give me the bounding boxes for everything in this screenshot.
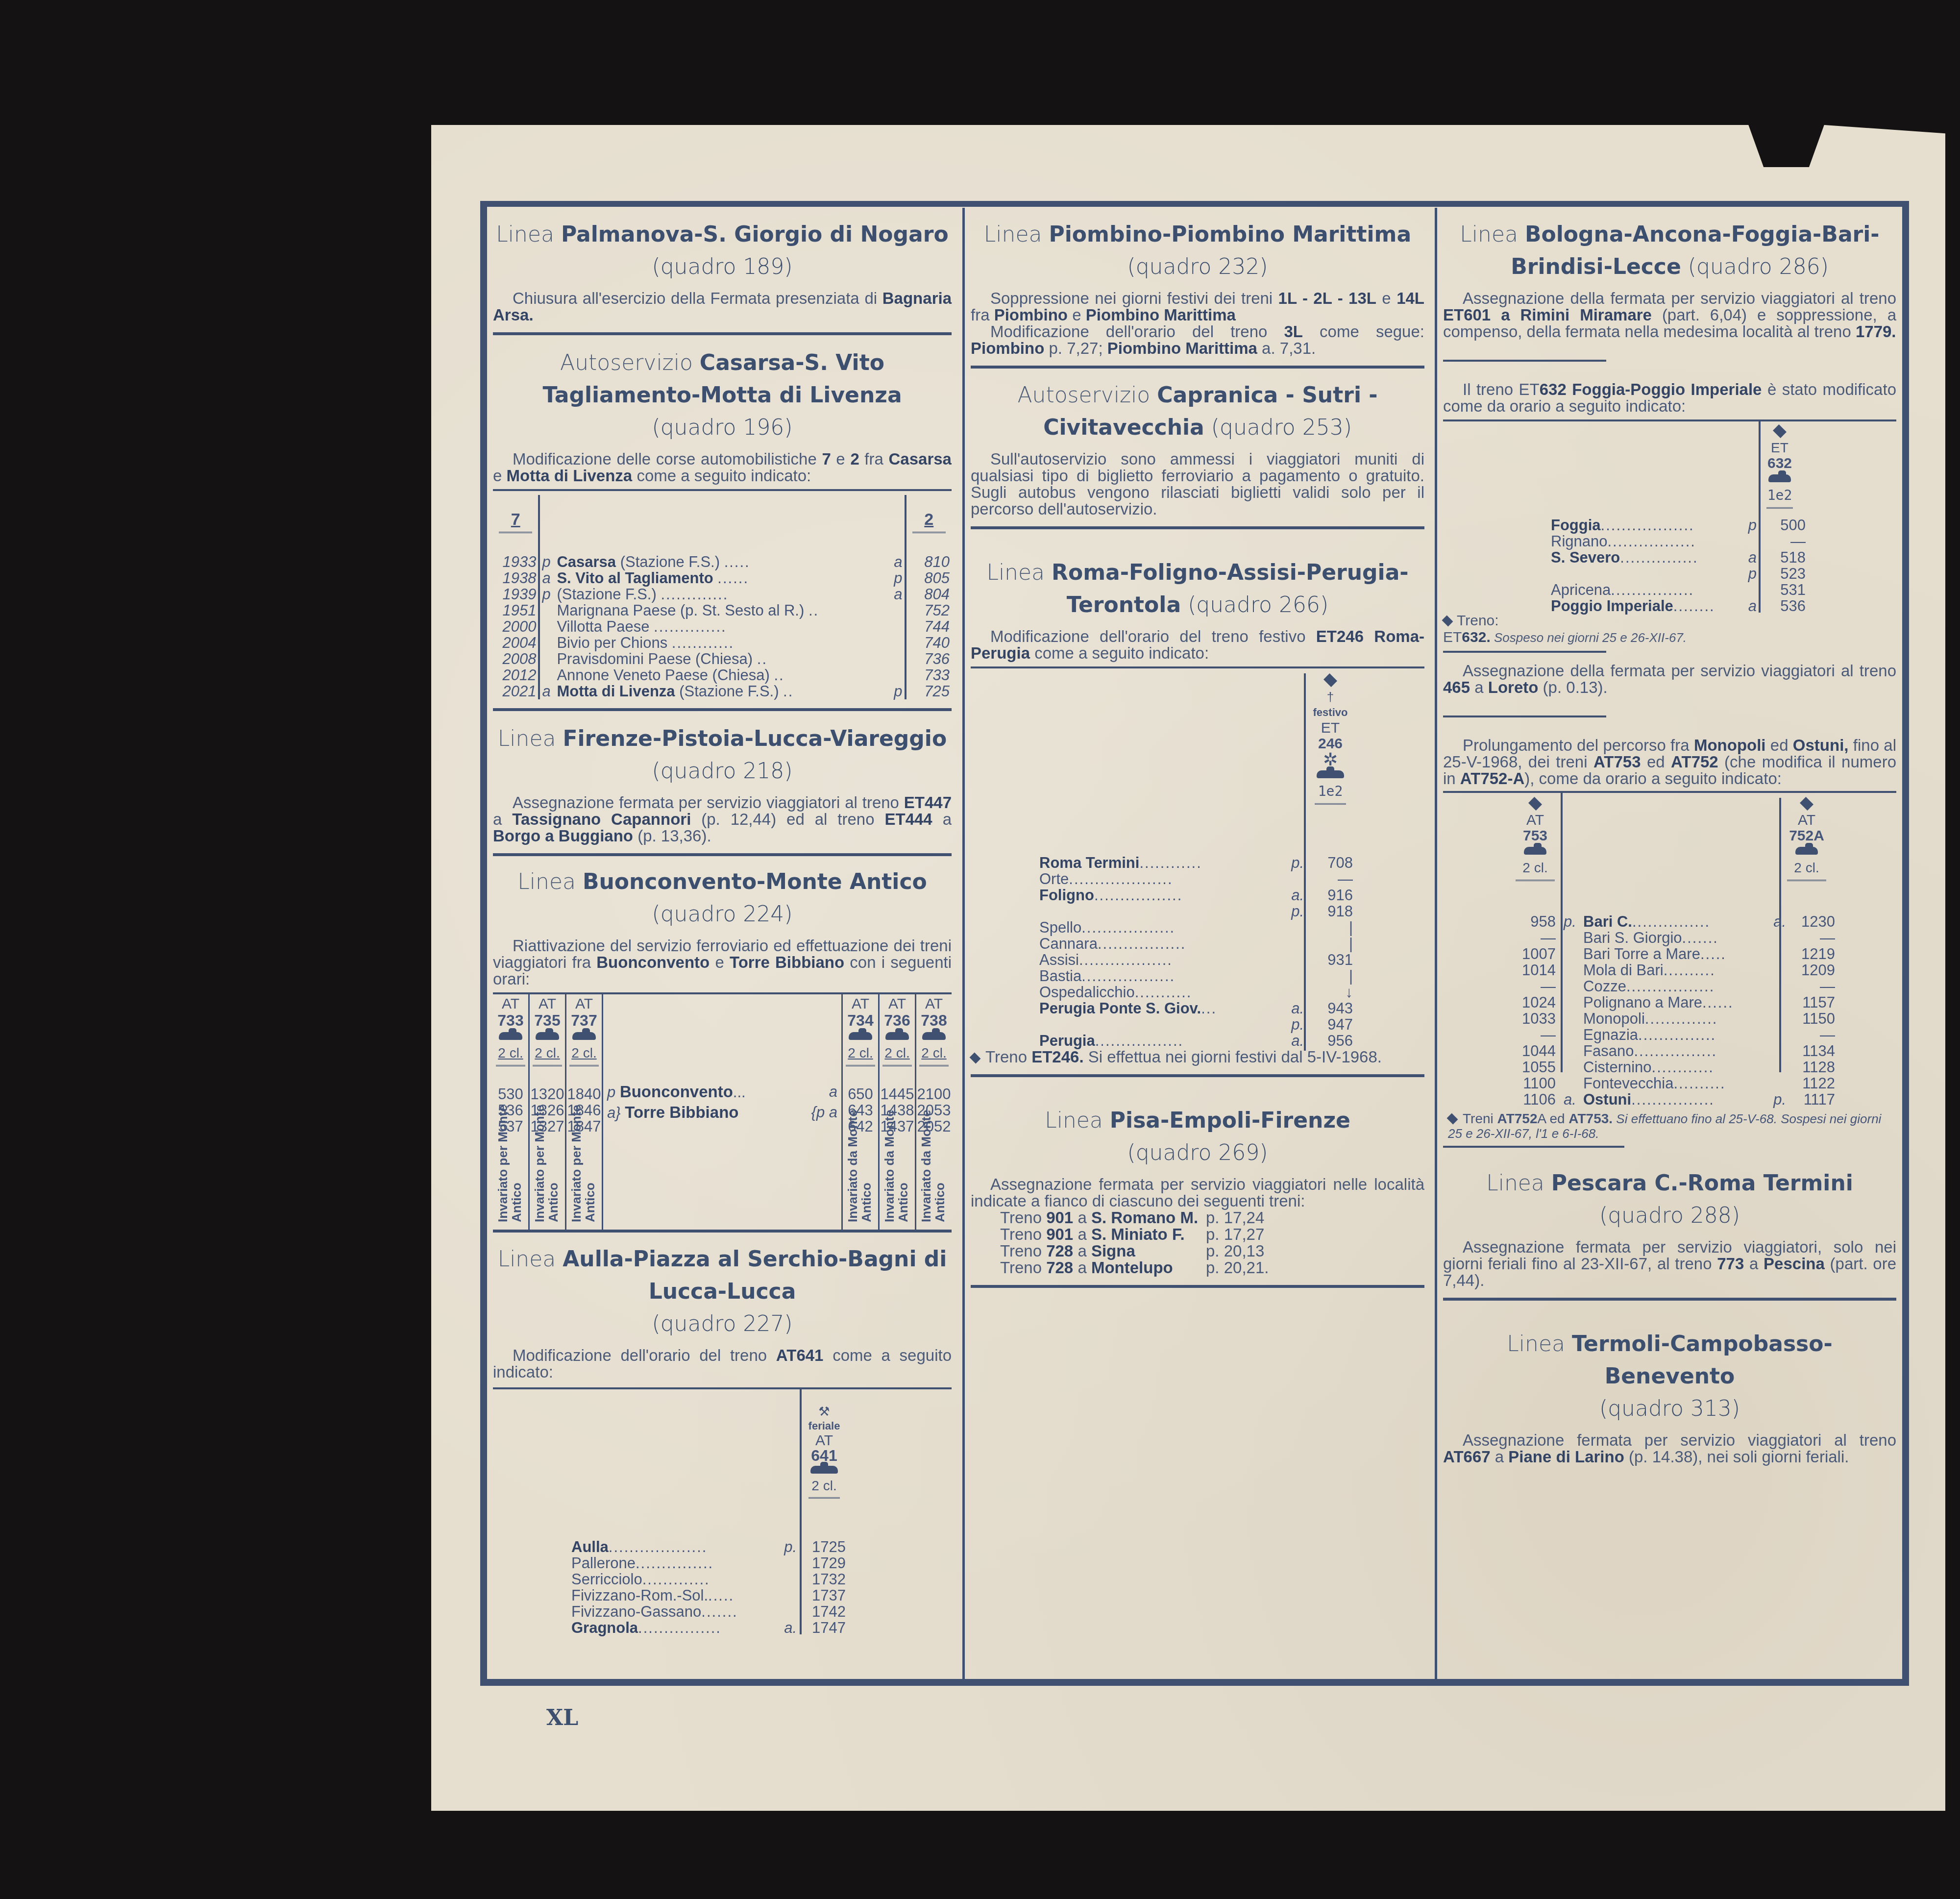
table-row: Spello .................. |: [1039, 919, 1353, 936]
section-text: Soppressione nei giorni festivi dei tren…: [971, 290, 1424, 323]
section-text: Modificazione delle corse automobilistic…: [493, 451, 952, 484]
section-text: Assegnazione fermata per servizio viaggi…: [1443, 1432, 1896, 1465]
section-palmanova: Linea Palmanova-S. Giorgio di Nogaro (qu…: [487, 208, 957, 335]
train-column: AT 733 2 cl. 530536537 Invariato per Mon…: [493, 994, 530, 1230]
timetable-roma-perugia: † festivo ET 246 ✲ 1e2 Roma Termini ....…: [971, 668, 1424, 1060]
section-pescara: Linea Pescara C.-Roma Termini (quadro 28…: [1437, 1148, 1902, 1301]
page-number: XL: [546, 1705, 578, 1730]
table-row: 1044 Fasano ................ 1134: [1507, 1043, 1835, 1059]
table-row: — Bari S. Giorgio ....... —: [1507, 930, 1835, 946]
timetable-aulla: ⚒ feriale AT 641 2 cl. Aulla ...........…: [493, 1389, 952, 1634]
railcar-icon: [810, 1466, 838, 1474]
table-row: p 523: [1551, 566, 1806, 582]
section-text: Assegnazione della fermata per servizio …: [1443, 290, 1896, 340]
table-row: 1055 Cisternino ............ 1128: [1507, 1059, 1835, 1075]
train-column: AT 738 2 cl. 210020532052 Invariato da M…: [916, 994, 952, 1230]
section-text: Modificazione dell'orario del treno 3L c…: [971, 323, 1424, 357]
table-row: Cannara ................. |: [1039, 936, 1353, 952]
diamond-icon: [1447, 1113, 1458, 1125]
divider: [1443, 360, 1606, 362]
train-column: AT 736 2 cl. 144514381437 Invariato da M…: [880, 994, 916, 1230]
table-row: p. 918: [1039, 903, 1353, 919]
section-piombino: Linea Piombino-Piombino Marittima (quadr…: [965, 208, 1430, 369]
section-title: Linea Bologna-Ancona-Foggia-Bari-Brindis…: [1443, 219, 1896, 283]
train-column: AT 735 2 cl. 132013261327 Invariato per …: [530, 994, 566, 1230]
table-row: 1024 Polignano a Mare ...... 1157: [1507, 994, 1835, 1011]
table-row: S. Severo ............... a 518: [1551, 549, 1806, 566]
table-row: 2004 Bivio per Chions ............ 740: [493, 635, 952, 651]
section-capranica: Autoservizio Capranica - Sutri - Civitav…: [965, 369, 1430, 529]
section-title: Autoservizio Casarsa-S. Vito Tagliamento…: [493, 347, 952, 444]
timetable-buonconvento: AT 733 2 cl. 530536537 Invariato per Mon…: [493, 994, 952, 1230]
table-row: p. 947: [1039, 1016, 1353, 1033]
railcar-icon: [885, 1032, 909, 1040]
railcar-icon: [1524, 847, 1546, 855]
table-row: 1007 Bari Torre a Mare ..... 1219: [1507, 946, 1835, 962]
table-row: Aulla ................... p. 1725: [571, 1539, 846, 1555]
section-title: Linea Pescara C.-Roma Termini (quadro 28…: [1443, 1167, 1896, 1232]
table-row: 2008 Pravisdomini Paese (Chiesa) .. 736: [493, 651, 952, 667]
divider: [1443, 715, 1606, 717]
list-item: Treno 728 a Montelupop. 20,21.: [1000, 1259, 1424, 1276]
section-text: Prolungamento del percorso fra Monopoli …: [1443, 737, 1896, 787]
train-column: AT 737 2 cl. 184018461847 Invariato per …: [566, 994, 603, 1230]
table-row: Fivizzano-Rom.-Sol. ..... 1737: [571, 1587, 846, 1603]
table-row: Roma Termini ............ p. 708: [1039, 855, 1353, 871]
section-title: Linea Piombino-Piombino Marittima (quadr…: [971, 219, 1424, 283]
table-row: Gragnola ................ a. 1747: [571, 1620, 846, 1636]
section-roma-perugia: Linea Roma-Foligno-Assisi-Perugia-Teront…: [965, 529, 1430, 1077]
section-title: Linea Aulla-Piazza al Serchio-Bagni di L…: [493, 1243, 952, 1340]
section-bologna-lecce: Linea Bologna-Ancona-Foggia-Bari-Brindis…: [1437, 208, 1902, 1148]
section-text: Modificazione dell'orario del treno AT64…: [493, 1347, 952, 1381]
table-row: Bastia .................. |: [1039, 968, 1353, 984]
railcar-icon: [1768, 474, 1791, 482]
railcar-icon: [849, 1032, 872, 1040]
section-termoli: Linea Termoli-Campobasso-Benevento (quad…: [1437, 1301, 1902, 1465]
timetable-rows: 1933 pCasarsa (Stazione F.S.) .....a 810…: [493, 554, 952, 699]
pickaxe-icon: ⚒: [805, 1404, 844, 1419]
diamond-icon: [1528, 797, 1542, 811]
table-row: Ospedalicchio ........... ↓: [1039, 984, 1353, 1000]
table-row: 958 p. Bari C. ............... a. 1230: [1507, 913, 1835, 930]
table-row: Rignano ................. —: [1551, 533, 1806, 549]
list-item: Treno 901 a S. Romano M.p. 17,24: [1000, 1209, 1424, 1226]
diamond-icon: [1773, 424, 1787, 438]
section-text: Assegnazione fermata per servizio viaggi…: [493, 794, 952, 844]
cross-icon: †: [1311, 689, 1350, 705]
table-row: 1939 p(Stazione F.S.) .............a 804: [493, 586, 952, 602]
timetable-bari-ostuni: AT 753 2 cl. AT 752A 2 cl. 958 p. Bari C…: [1443, 793, 1896, 1146]
section-text: Riattivazione del servizio ferroviario e…: [493, 937, 952, 987]
section-text: Il treno ET632 Foggia-Poggio Imperiale è…: [1443, 381, 1896, 415]
railcar-icon: [1317, 770, 1344, 778]
table-row: 1938 aS. Vito al Tagliamento ......p 805: [493, 570, 952, 586]
section-title: Linea Pisa-Empoli-Firenze (quadro 269): [971, 1105, 1424, 1169]
section-title: Linea Firenze-Pistoia-Lucca-Viareggio (q…: [493, 723, 952, 788]
table-row: — Cozze ................. —: [1507, 978, 1835, 994]
table-row: Foligno ................. a. 916: [1039, 887, 1353, 903]
section-title: Linea Palmanova-S. Giorgio di Nogaro (qu…: [493, 219, 952, 283]
section-firenze-viareggio: Linea Firenze-Pistoia-Lucca-Viareggio (q…: [487, 711, 957, 856]
list-item: Treno 728 a Signap. 20,13: [1000, 1243, 1424, 1259]
railcar-icon: [499, 1032, 522, 1040]
table-row: Orte .................... —: [1039, 871, 1353, 887]
table-row: Apricena ................ 531: [1551, 582, 1806, 598]
wheel-icon: ✲: [1311, 752, 1350, 767]
railcar-icon: [922, 1032, 946, 1040]
table-row: 2021 aMotta di Livenza (Stazione F.S.) .…: [493, 683, 952, 699]
divider: [493, 489, 952, 491]
section-title: Linea Buonconvento-Monte Antico (quadro …: [493, 866, 952, 931]
list-item: Treno 901 a S. Miniato F.p. 17,27: [1000, 1226, 1424, 1243]
section-text: Assegnazione della fermata per servizio …: [1443, 663, 1896, 696]
section-pisa: Linea Pisa-Empoli-Firenze (quadro 269) A…: [965, 1077, 1430, 1288]
table-row: Perugia Ponte S. Giov. ... a. 943: [1039, 1000, 1353, 1016]
footnote: Treni AT752A ed AT753. Si effettuano fin…: [1448, 1111, 1891, 1141]
section-title: Linea Termoli-Campobasso-Benevento (quad…: [1443, 1328, 1896, 1425]
table-row: 1100 Fontevecchia .......... 1122: [1507, 1075, 1835, 1091]
table-row: Assisi .................. 931: [1039, 952, 1353, 968]
section-text: Modificazione dell'orario del treno fest…: [971, 628, 1424, 662]
station-column: p Buonconvento... a a} Torre Bibbiano {p…: [603, 994, 843, 1230]
column-2: Linea Piombino-Piombino Marittima (quadr…: [962, 208, 1430, 1680]
table-row: Serricciolo ............. 1732: [571, 1571, 846, 1587]
table-row: Fivizzano-Gassano ....... 1742: [571, 1603, 846, 1620]
table-row: 1014 Mola di Bari .......... 1209: [1507, 962, 1835, 978]
section-text: Assegnazione fermata per servizio viaggi…: [971, 1176, 1424, 1209]
section-text: Sull'autoservizio sono ammessi i viaggia…: [971, 451, 1424, 518]
section-title: Autoservizio Capranica - Sutri - Civitav…: [971, 379, 1424, 444]
section-aulla: Linea Aulla-Piazza al Serchio-Bagni di L…: [487, 1233, 957, 1634]
section-text: Chiusura all'esercizio della Fermata pre…: [493, 290, 952, 323]
section-buonconvento: Linea Buonconvento-Monte Antico (quadro …: [487, 856, 957, 1233]
divider: [1443, 651, 1606, 653]
diamond-icon: [1323, 673, 1337, 687]
railcar-icon: [1795, 847, 1818, 855]
diamond-icon: [1800, 797, 1813, 811]
column-3: Linea Bologna-Ancona-Foggia-Bari-Brindis…: [1435, 208, 1902, 1680]
table-row: Foggia .................. p 500: [1551, 517, 1806, 533]
railcar-icon: [536, 1032, 559, 1040]
table-row: — Egnazia ............... —: [1507, 1027, 1835, 1043]
section-title: Linea Roma-Foligno-Assisi-Perugia-Teront…: [971, 557, 1424, 621]
table-row: 2000 Villotta Paese .............. 744: [493, 618, 952, 635]
column-1: Linea Palmanova-S. Giorgio di Nogaro (qu…: [487, 208, 957, 1680]
railcar-icon: [572, 1032, 596, 1040]
table-row: 1933 pCasarsa (Stazione F.S.) .....a 810: [493, 554, 952, 570]
table-row: 1951 Marignana Paese (p. St. Sesto al R.…: [493, 602, 952, 618]
section-casarsa: Autoservizio Casarsa-S. Vito Tagliamento…: [487, 335, 957, 711]
section-text: Assegnazione fermata per servizio viaggi…: [1443, 1239, 1896, 1289]
table-row: Perugia ................. a. 956: [1039, 1033, 1353, 1049]
table-row: 2012 Annone Veneto Paese (Chiesa) .. 733: [493, 667, 952, 683]
pisa-train-list: Treno 901 a S. Romano M.p. 17,24Treno 90…: [971, 1209, 1424, 1276]
table-row: 1106 a. Ostuni ................ p. 1117: [1507, 1091, 1835, 1108]
table-row: 1033 Monopoli .............. 1150: [1507, 1011, 1835, 1027]
table-row: Pallerone ............... 1729: [571, 1555, 846, 1571]
divider: [971, 1285, 1424, 1288]
table-row: Poggio Imperiale ........ a 536: [1551, 598, 1806, 614]
timetable-casarsa: 7 2 1933 pCasarsa (Stazione F.S.) .....a…: [493, 495, 952, 699]
timetable-foggia: ET 632 1e2 Foggia .................. p 5…: [1443, 421, 1896, 617]
train-column: AT 734 2 cl. 650643642 Invariato da Mont…: [843, 994, 880, 1230]
footnote: Treno: ET632. Sospeso nei giorni 25 e 26…: [1443, 613, 1896, 646]
